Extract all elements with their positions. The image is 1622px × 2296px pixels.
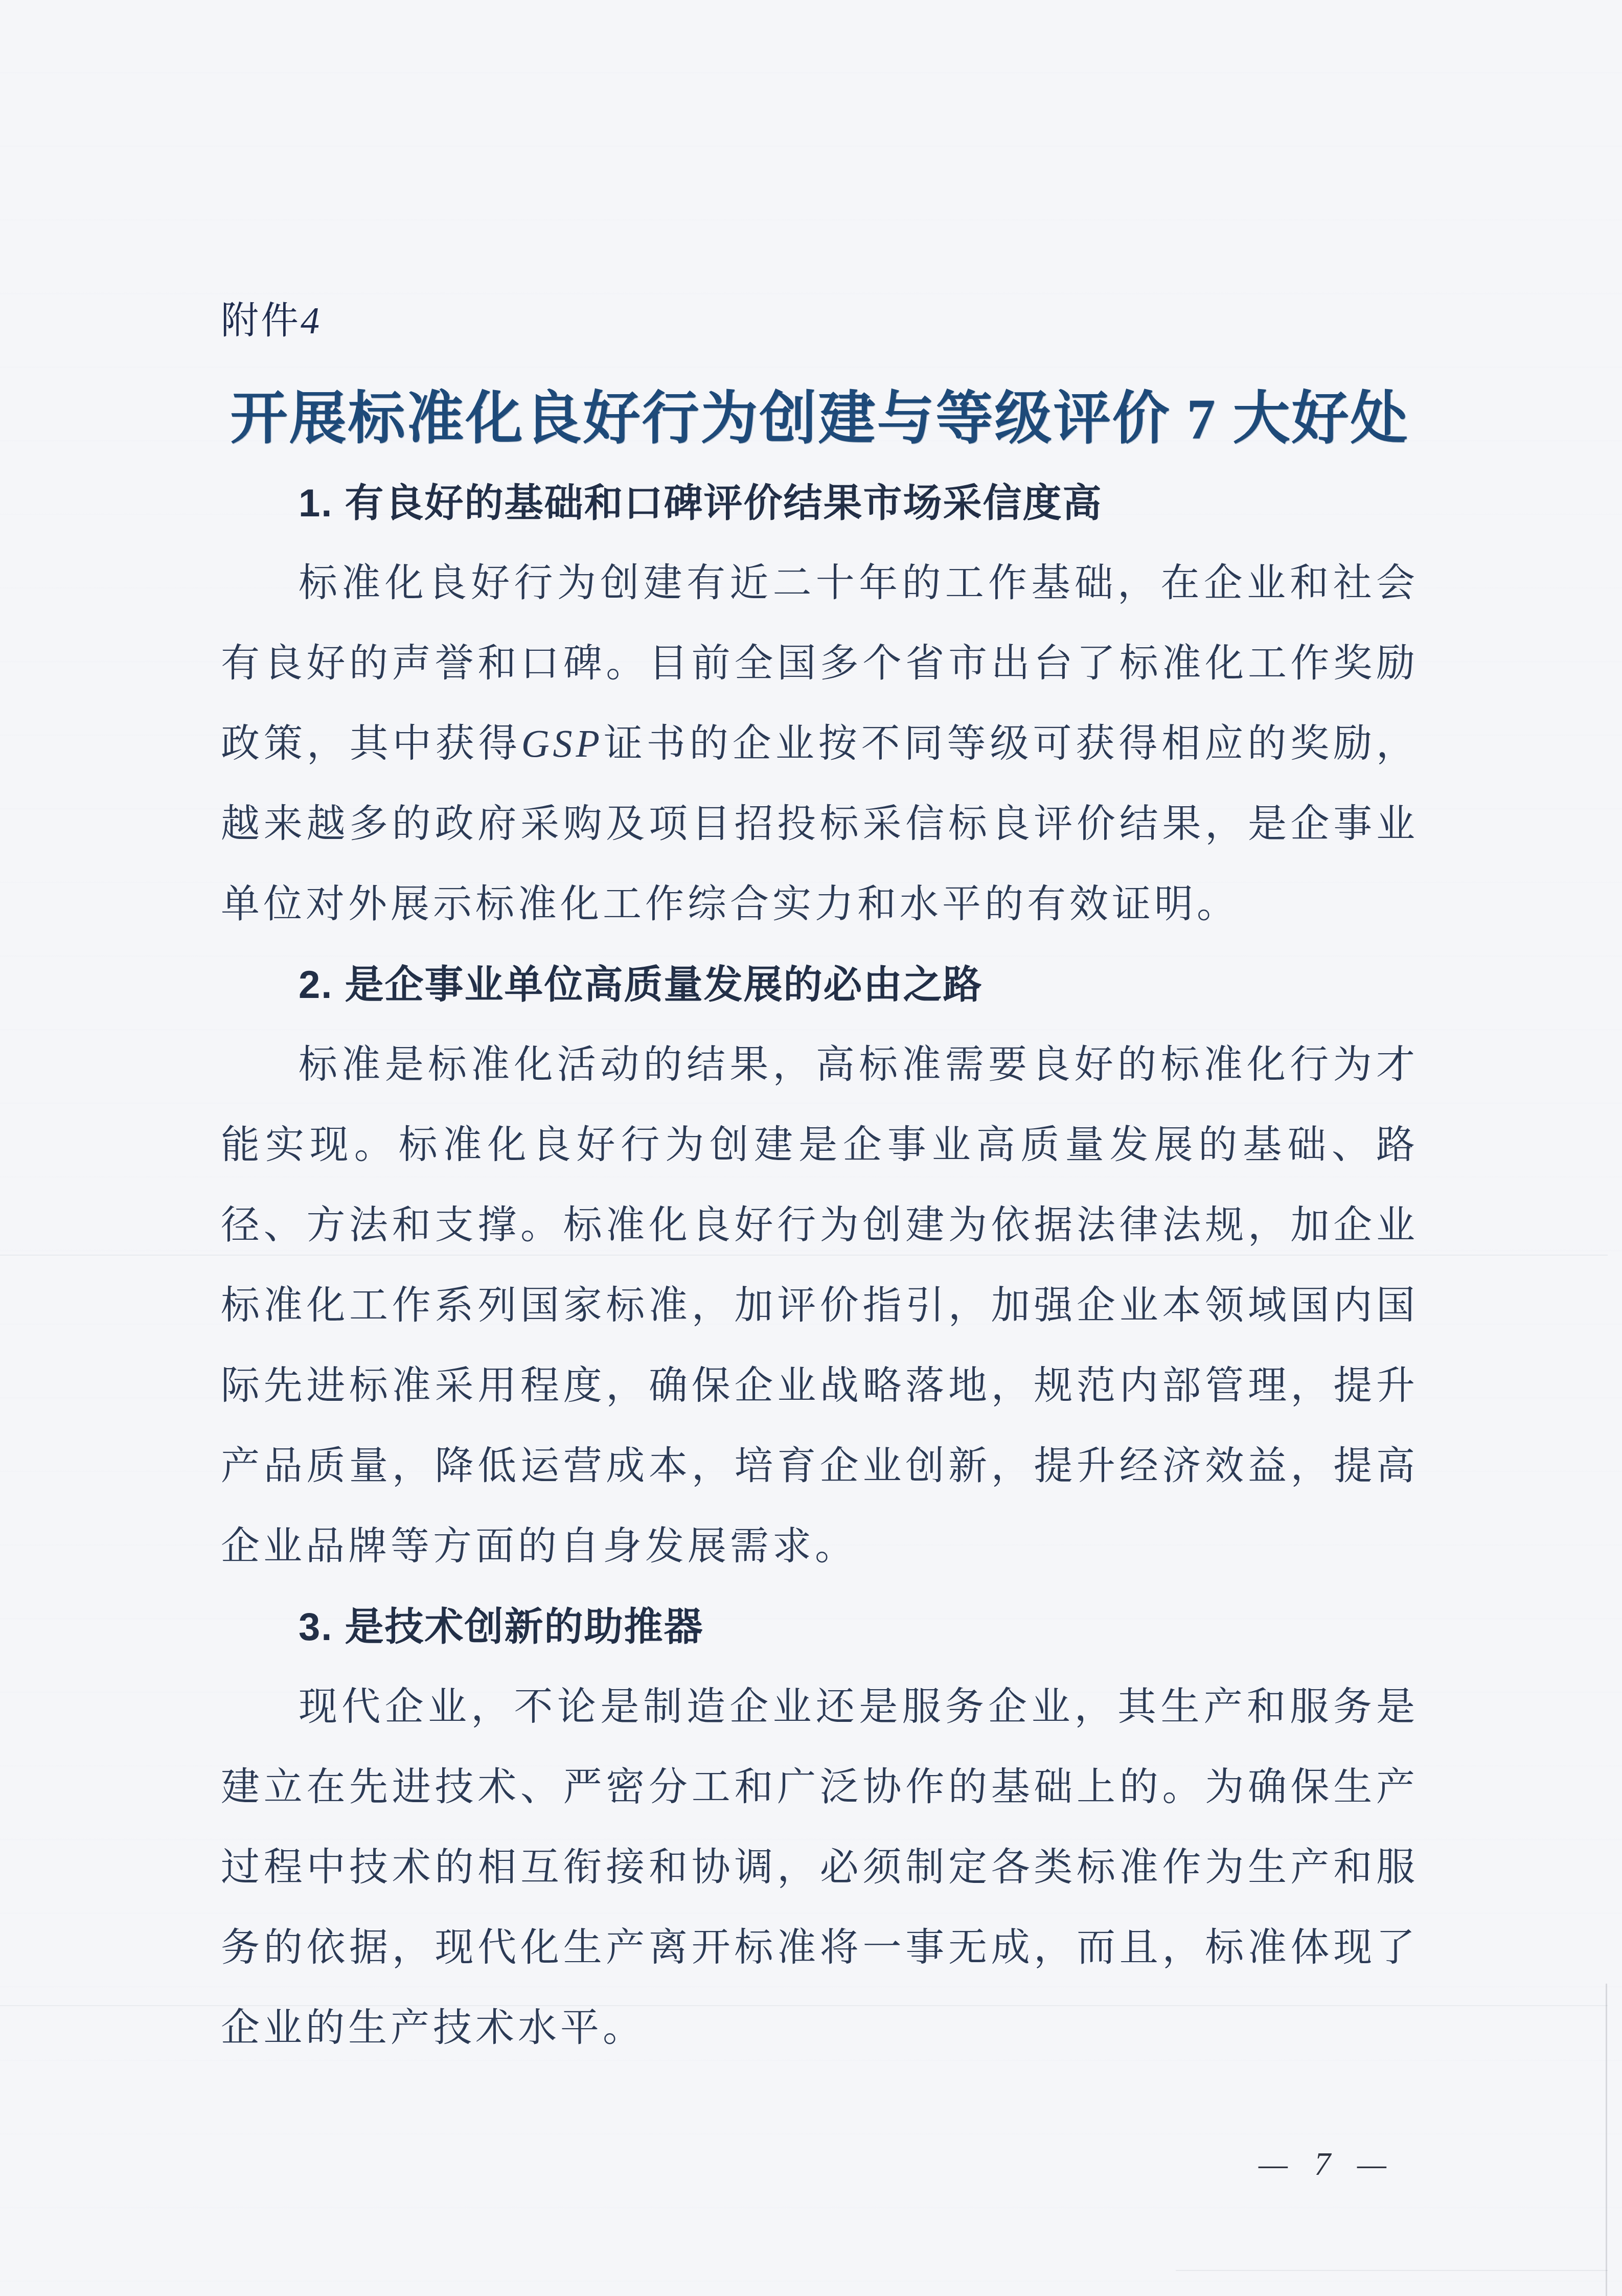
section-2-paragraph: 标准是标准化活动的结果，高标准需要良好的标准化行为才能实现。标准化良好行为创建是… <box>221 1025 1419 1587</box>
scan-artifact-line <box>1176 2270 1608 2271</box>
page-title: 开展标准化良好行为创建与等级评价 7 大好处 <box>221 375 1419 463</box>
section-3-heading: 3. 是技术创新的助推器 <box>221 1587 1419 1667</box>
attachment-label: 附件4 <box>221 0 1419 353</box>
section-3: 3. 是技术创新的助推器 现代企业，不论是制造企业还是服务企业，其生产和服务是建… <box>221 1587 1419 2068</box>
section-1: 1. 有良好的基础和口碑评价结果市场采信度高 标准化良好行为创建有近二十年的工作… <box>221 463 1419 945</box>
section-1-heading: 1. 有良好的基础和口碑评价结果市场采信度高 <box>221 463 1419 543</box>
document-body: 1. 有良好的基础和口碑评价结果市场采信度高 标准化良好行为创建有近二十年的工作… <box>221 463 1419 2068</box>
section-3-paragraph: 现代企业，不论是制造企业还是服务企业，其生产和服务是建立在先进技术、严密分工和广… <box>221 1667 1419 2068</box>
scan-artifact-page-edge <box>1606 1984 1607 2296</box>
page-number: — 7 — <box>1259 2141 1396 2187</box>
section-2-heading: 2. 是企事业单位高质量发展的必由之路 <box>221 945 1419 1025</box>
document-page: 附件4 开展标准化良好行为创建与等级评价 7 大好处 1. 有良好的基础和口碑评… <box>0 0 1622 2296</box>
document-content: 附件4 开展标准化良好行为创建与等级评价 7 大好处 1. 有良好的基础和口碑评… <box>221 0 1419 2068</box>
section-2: 2. 是企事业单位高质量发展的必由之路 标准是标准化活动的结果，高标准需要良好的… <box>221 945 1419 1587</box>
section-1-paragraph: 标准化良好行为创建有近二十年的工作基础，在企业和社会有良好的声誉和口碑。目前全国… <box>221 543 1419 945</box>
